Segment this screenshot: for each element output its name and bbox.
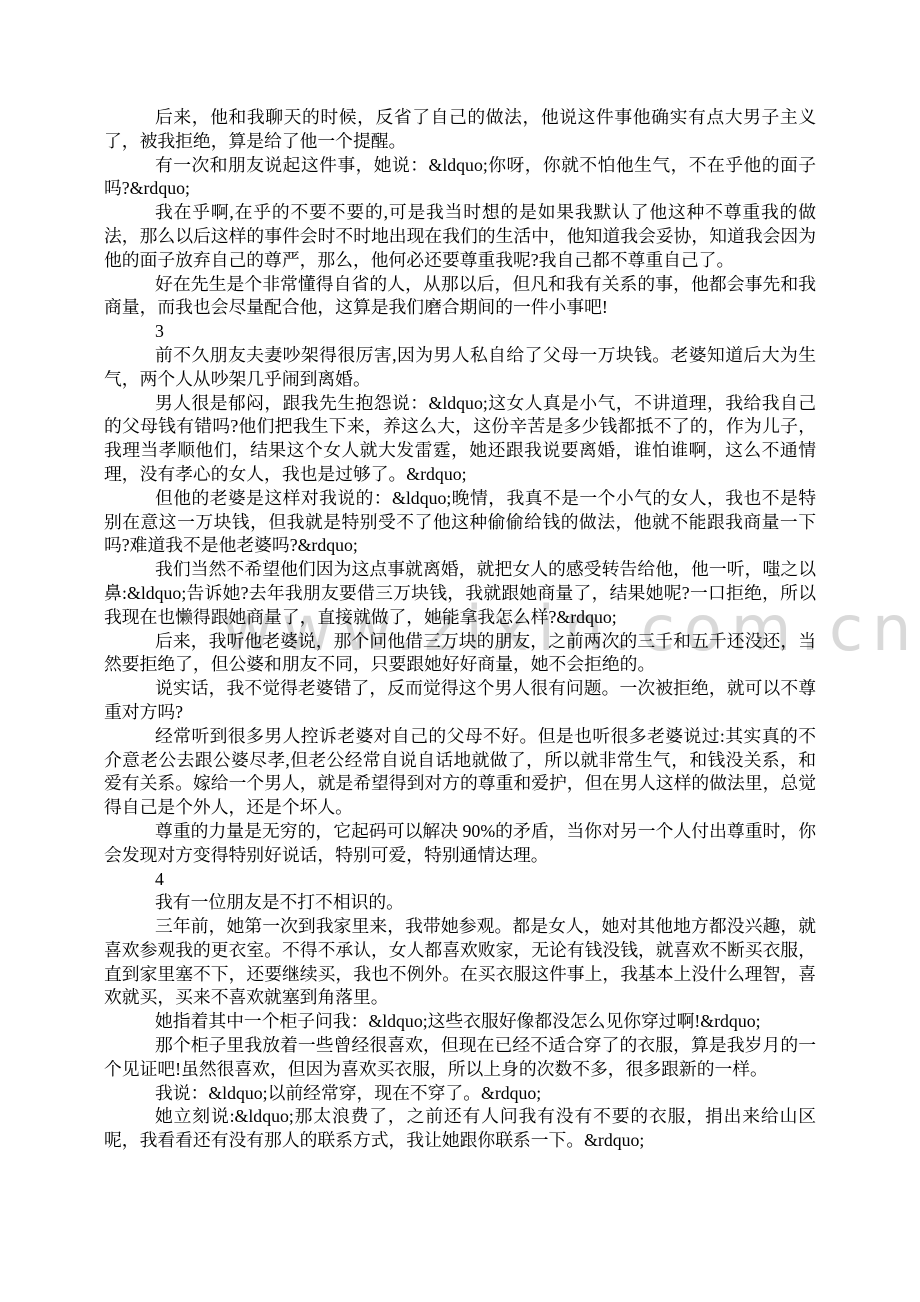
section-number: 4 (104, 868, 816, 892)
paragraph: 有一次和朋友说起这件事，她说：&ldquo;你呀，你就不怕他生气，不在乎他的面子… (104, 154, 816, 202)
paragraph: 后来，我听他老婆说，那个问他借三万块的朋友，之前两次的三千和五千还没还，当然要拒… (104, 630, 816, 678)
paragraph: 尊重的力量是无穷的，它起码可以解决 90%的矛盾，当你对另一个人付出尊重时，你会… (104, 820, 816, 868)
paragraph: 后来，他和我聊天的时候，反省了自己的做法，他说这件事他确实有点大男子主义了，被我… (104, 106, 816, 154)
paragraph: 说实话，我不觉得老婆错了，反而觉得这个男人很有问题。一次被拒绝，就可以不尊重对方… (104, 677, 816, 725)
paragraph: 三年前，她第一次到我家里来，我带她参观。都是女人，她对其他地方都没兴趣，就喜欢参… (104, 915, 816, 1010)
paragraph: 我在乎啊,在乎的不要不要的,可是我当时想的是如果我默认了他这种不尊重我的做法，那… (104, 201, 816, 272)
document-body: 后来，他和我聊天的时候，反省了自己的做法，他说这件事他确实有点大男子主义了，被我… (104, 106, 816, 1153)
paragraph: 男人很是郁闷，跟我先生抱怨说：&ldquo;这女人真是小气，不讲道理，我给我自己… (104, 392, 816, 487)
paragraph: 经常听到很多男人控诉老婆对自己的父母不好。但是也听很多老婆说过:其实真的不介意老… (104, 725, 816, 820)
section-number: 3 (104, 320, 816, 344)
paragraph: 她指着其中一个柜子问我：&ldquo;这些衣服好像都没怎么见你穿过啊!&rdqu… (104, 1010, 816, 1034)
paragraph: 我有一位朋友是不打不相识的。 (104, 891, 816, 915)
document-page: www.zixin.com.cn 后来，他和我聊天的时候，反省了自己的做法，他说… (0, 0, 920, 1302)
paragraph: 她立刻说:&ldquo;那太浪费了，之前还有人问我有没有不要的衣服，捐出来给山区… (104, 1105, 816, 1153)
paragraph: 我说：&ldquo;以前经常穿，现在不穿了。&rdquo; (104, 1082, 816, 1106)
paragraph: 好在先生是个非常懂得自省的人，从那以后，但凡和我有关系的事，他都会事先和我商量，… (104, 273, 816, 321)
paragraph: 前不久朋友夫妻吵架得很厉害,因为男人私自给了父母一万块钱。老婆知道后大为生气，两… (104, 344, 816, 392)
paragraph: 那个柜子里我放着一些曾经很喜欢，但现在已经不适合穿了的衣服，算是我岁月的一个见证… (104, 1034, 816, 1082)
paragraph: 我们当然不希望他们因为这点事就离婚，就把女人的感受转告给他，他一听，嗤之以鼻:&… (104, 558, 816, 629)
paragraph: 但他的老婆是这样对我说的：&ldquo;晚情，我真不是一个小气的女人，我也不是特… (104, 487, 816, 558)
